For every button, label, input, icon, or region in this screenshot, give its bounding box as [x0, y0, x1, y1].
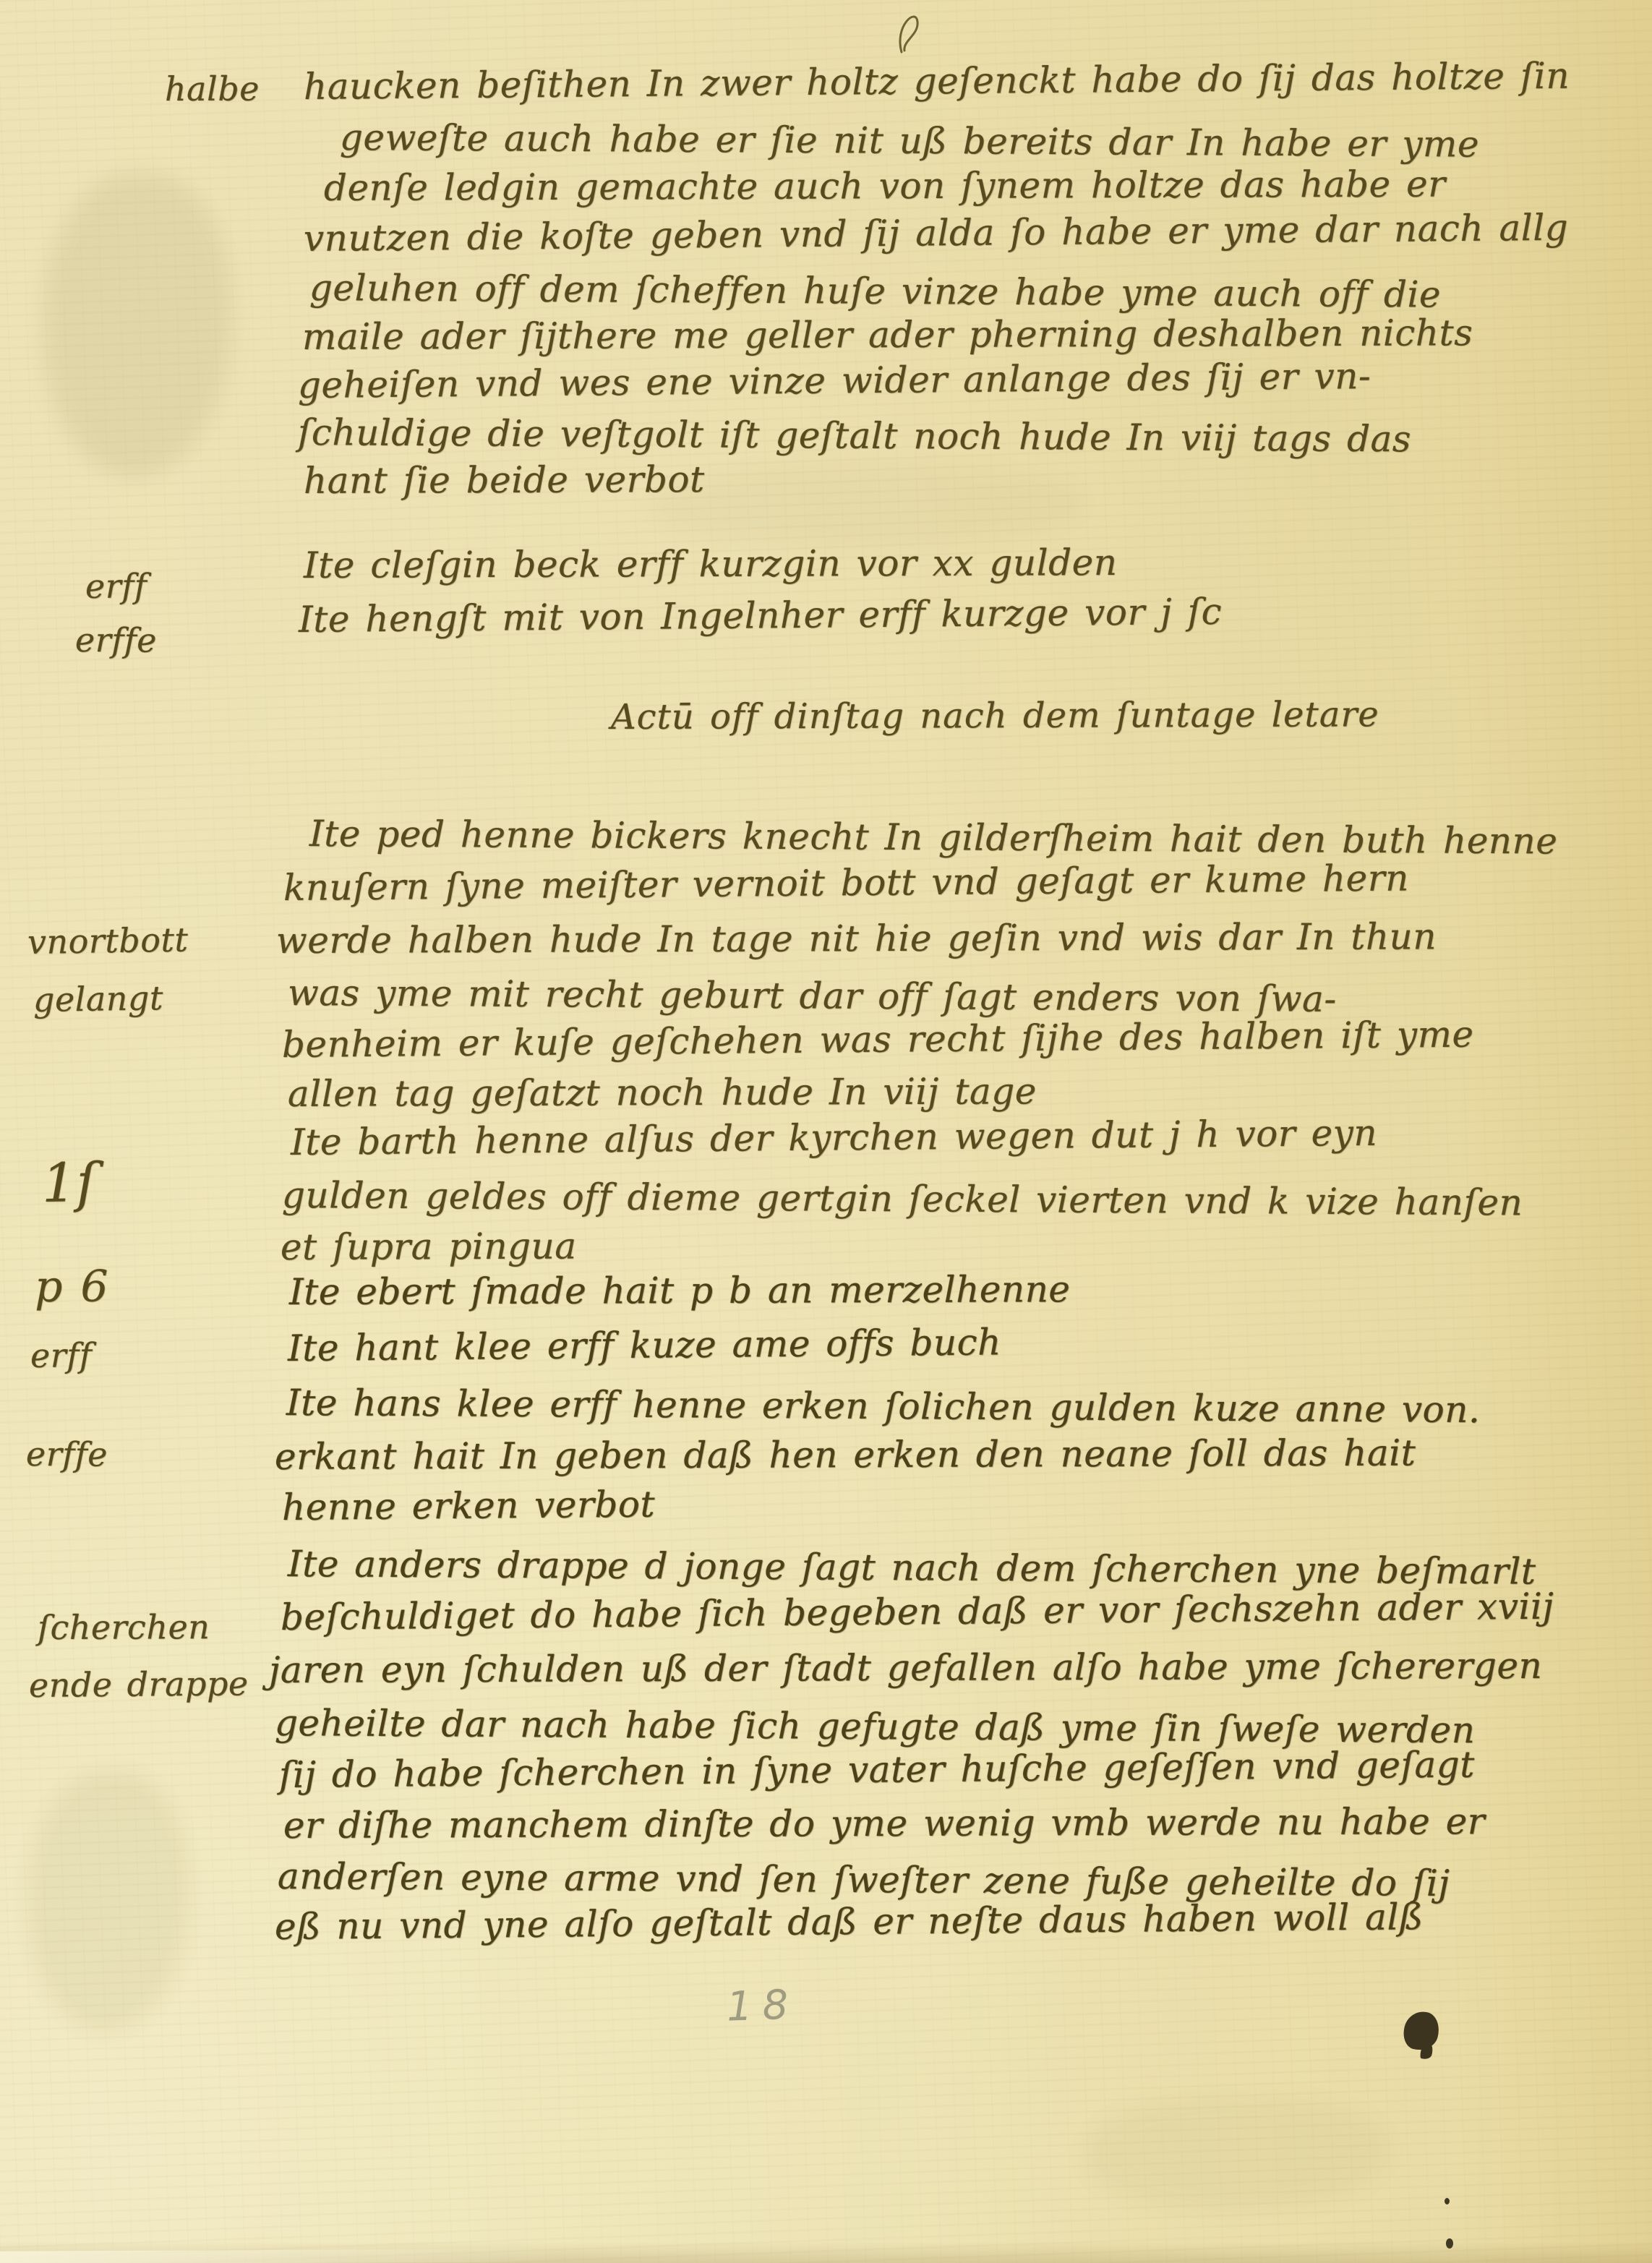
manuscript-line: benheim er kuſe geſchehen was recht ſijh…	[282, 1017, 1474, 1063]
show-through-smudge	[651, 463, 1084, 549]
manuscript-line: Ite hant klee erff kuze ame offs buch	[288, 1324, 1001, 1366]
manuscript-line: maile ader ſijthere me geller ader phern…	[302, 315, 1473, 355]
manuscript-line: allen tag geſatzt noch hude In viij tage	[288, 1073, 1037, 1112]
manuscript-line: beſchuldiget do habe ſich begeben daß er…	[281, 1588, 1554, 1635]
margin-note-ende-drappe: ende drappe	[29, 1667, 249, 1702]
manuscript-line: knuſern ſyne meiſter vernoit bott vnd ge…	[283, 860, 1409, 906]
manuscript-line: geheiſen vnd wes ene vinze wider anlange…	[298, 358, 1371, 403]
manuscript-line: Ite anders drappe d jonge ſagt nach dem …	[288, 1546, 1536, 1590]
manuscript-line: geluhen off dem ſcheffen huſe vinze habe…	[309, 270, 1441, 313]
manuscript-line: werde halben hude In tage nit hie geſin …	[276, 918, 1437, 959]
margin-note-erff: erff	[30, 1338, 93, 1372]
margin-note-scherchen: ſcherchen	[38, 1610, 210, 1644]
manuscript-line: denſe ledgin gemachte auch von ſynem hol…	[324, 166, 1446, 206]
manuscript-line: was yme mit recht geburt dar off ſagt en…	[288, 975, 1337, 1017]
pen-flourish	[891, 4, 929, 55]
manuscript-line: Ite hans klee erff henne erken ſolichen …	[286, 1385, 1481, 1428]
margin-note-erffe: erffe	[26, 1437, 108, 1471]
manuscript-line: henne erken verbot	[282, 1486, 656, 1526]
section-heading: Actū off dinſtag nach dem ſuntage letare	[611, 697, 1379, 735]
margin-note-antwort: vnortbott	[27, 923, 189, 959]
show-through-smudge	[29, 1771, 188, 2032]
manuscript-line: et ſupra pingua	[281, 1228, 577, 1265]
show-through-smudge	[43, 174, 231, 477]
margin-note-erff: erff	[85, 569, 147, 603]
manuscript-line: Ite hengſt mit von Ingelnher erff kurzge…	[299, 594, 1223, 638]
margin-note-halbe: halbe	[165, 72, 260, 106]
ink-blot	[1400, 2008, 1443, 2054]
manuscript-line: geheilte dar nach habe ſich gefugte daß …	[275, 1705, 1476, 1748]
manuscript-line: Ite ebert ſmade hait p b an merzelhenne	[289, 1271, 1071, 1310]
manuscript-line: vnutzen die koſte geben vnd ſij alda ſo …	[304, 210, 1569, 257]
manuscript-line: ſchuldige die veſtgolt iſt geſtalt noch …	[298, 414, 1411, 457]
manuscript-line: Ite ped henne bickers knecht In gilderſh…	[309, 816, 1558, 860]
manuscript-line: geweſte auch habe er ſie nit uß bereits …	[340, 119, 1479, 163]
margin-note-gelangt: gelangt	[33, 981, 164, 1017]
manuscript-line: haucken beſithen In zwer holtz geſenckt …	[304, 58, 1570, 105]
show-through-smudge	[1084, 2097, 1388, 2212]
manuscript-line: jaren eyn ſchulden uß der ſtadt gefallen…	[269, 1648, 1542, 1688]
manuscript-line: Ite barth henne alſus der kyrchen wegen …	[291, 1115, 1378, 1160]
page-edge-highlight	[0, 2249, 564, 2263]
manuscript-line: Ite cleſgin beck erff kurzgin vor xx gul…	[304, 544, 1118, 583]
manuscript-line: eß nu vnd yne alſo geſtalt daß er neſte …	[275, 1899, 1424, 1945]
manuscript-line: anderſen eyne arme vnd ſen ſweſter zene …	[278, 1858, 1450, 1901]
manuscript-line: ſij do habe ſcherchen in ſyne vater huſc…	[279, 1747, 1475, 1793]
ink-speck	[1445, 2198, 1450, 2204]
manuscript-line: er diſhe manchem dinſte do yme wenig vmb…	[283, 1803, 1485, 1844]
margin-note-1s: 1ſ	[41, 1156, 97, 1210]
manuscript-line: gulden geldes off dieme gertgin ſeckel v…	[282, 1177, 1523, 1220]
manuscript-line: erkant hait In geben daß hen erken den n…	[275, 1434, 1416, 1475]
page-number: 18	[726, 1981, 799, 2030]
manuscript-line: hant ſie beide verbot	[304, 461, 705, 499]
margin-note-erffe: erffe	[75, 623, 157, 657]
manuscript-page: halbe haucken beſithen In zwer holtz geſ…	[0, 0, 1652, 2263]
margin-note-p6: p 6	[35, 1265, 108, 1309]
